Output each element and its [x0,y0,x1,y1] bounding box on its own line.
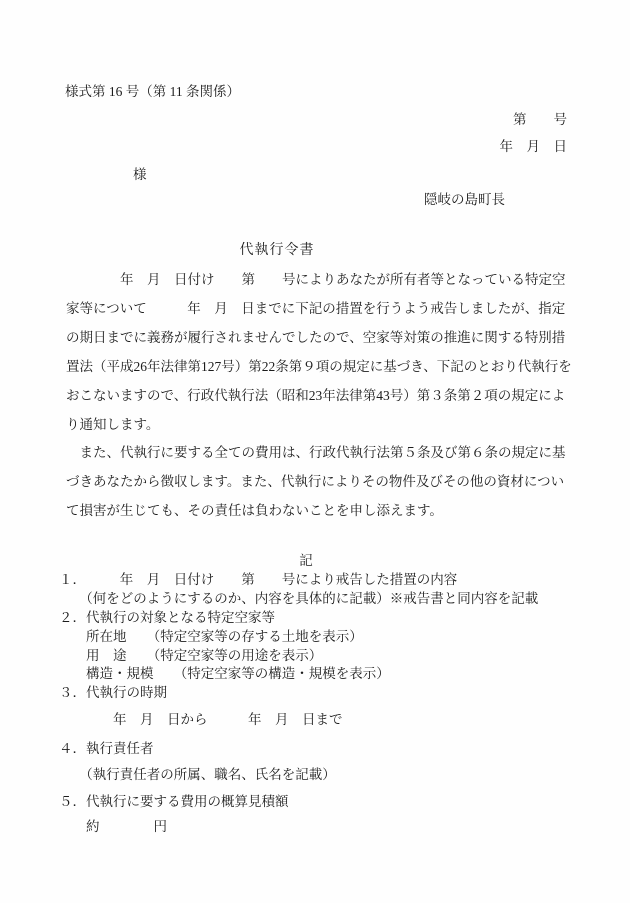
list-item-2-target-vacant-house: ２．代執行の対象となる特定空家等 [59,608,275,627]
paragraph-line: り通知します。 [66,410,572,439]
list-item-3-execution-period: ３．代執行の時期 [59,683,167,702]
paragraph-line: の期日までに義務が履行されませんでしたので、空家等対策の推進に関する特別措 [66,323,572,352]
list-item-1-note: （何をどのようにするのか、内容を具体的に記載）※戒告書と同内容を記載 [59,589,538,608]
list-item-2-structure-scale: 構造・規模 （特定空家等の構造・規模を表示） [59,664,390,683]
paragraph-line: 年 月 日付け 第 号によりあなたが所有者等となっている特定空 [66,265,572,294]
cost-collection-paragraph: また、代執行に要する全ての費用は、行政代執行法第５条及び第６条の規定に基 づきあ… [66,438,572,525]
paragraph-line: また、代執行に要する全ての費用は、行政代執行法第５条及び第６条の規定に基 [66,438,572,467]
list-item-3-period-blank: 年 月 日から 年 月 日まで [59,710,343,729]
addressee-honorific: 様 [133,165,147,184]
paragraph-line: て損害が生じても、その責任は負わないことを申し添えます。 [66,496,572,525]
list-item-5-estimated-cost: ５．代執行に要する費用の概算見積額 [59,792,289,811]
list-item-4-responsible-official: ４．執行責任者 [59,739,154,758]
list-item-1-warned-measures: １． 年 月 日付け 第 号により戒告した措置の内容 [59,570,457,589]
list-item-5-amount-blank: 約 円 [59,817,167,836]
administrative-execution-order-document: 様式第 16 号（第 11 条関係） 第 号 年 月 日 様 隠岐の島町長 代執… [0,0,630,903]
list-item-4-note: （執行責任者の所属、職名、氏名を記載） [59,765,336,784]
form-number: 様式第 16 号（第 11 条関係） [65,82,240,101]
document-title: 代執行令書 [0,241,554,260]
document-number-blank: 第 号 [513,110,567,129]
sender-mayor-name: 隠岐の島町長 [424,190,505,209]
list-item-2-location: 所在地 （特定空家等の存する土地を表示） [59,627,363,646]
paragraph-line: づきあなたから徴収します。また、代執行によりその物件及びその他の資材につい [66,467,572,496]
paragraph-line: おこないますので、行政代執行法（昭和23年法律第43号）第３条第２項の規定によ [66,381,572,410]
issue-date-blank: 年 月 日 [500,137,568,156]
notification-paragraph: 年 月 日付け 第 号によりあなたが所有者等となっている特定空 家等について 年… [66,265,572,439]
record-marker: 記 [0,551,612,570]
paragraph-line: 家等について 年 月 日までに下記の措置を行うよう戒告しましたが、指定 [66,294,572,323]
list-item-2-use: 用 途 （特定空家等の用途を表示） [59,646,322,665]
paragraph-line: 置法（平成26年法律第127号）第22条第９項の規定に基づき、下記のとおり代執行… [66,352,572,381]
